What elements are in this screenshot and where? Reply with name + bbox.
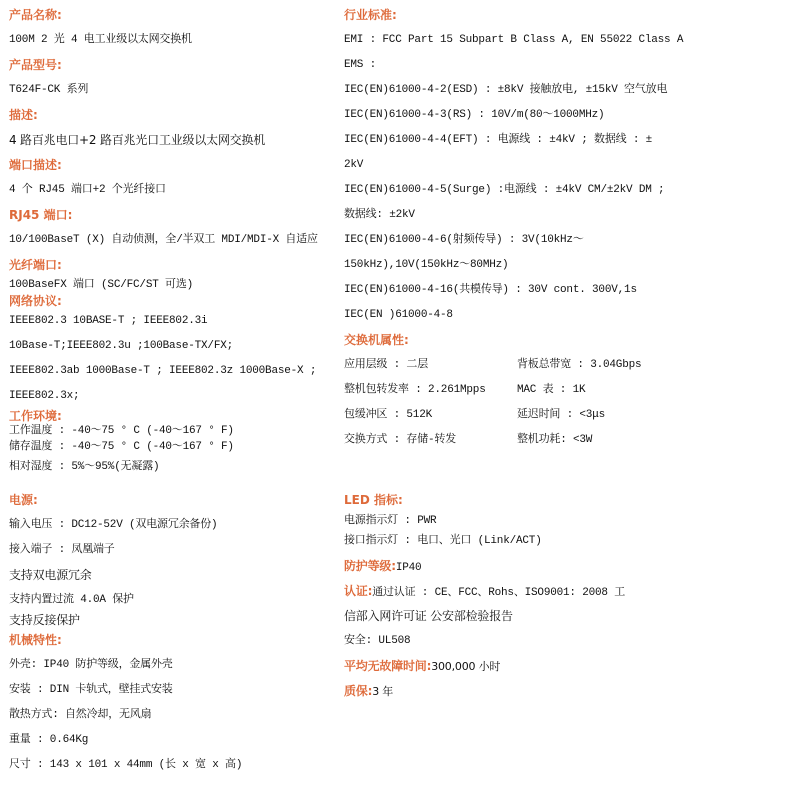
power-line: 支持反接保护 — [9, 613, 80, 627]
protection-heading: 防护等级: — [344, 559, 396, 573]
standard-line: 2kV — [344, 158, 363, 172]
standard-line: EMS : — [344, 58, 376, 72]
product-name-heading: 产品名称: — [9, 8, 62, 22]
standard-line: EMI : FCC Part 15 Subpart B Class A, EN … — [344, 33, 683, 47]
protocol-line: 10Base-T;IEEE802.3u ;100Base-TX/FX; — [9, 339, 233, 353]
switch-property-row: 包缓冲区 : 512K 延迟时间 : <3μs — [344, 408, 684, 422]
certification-row: 认证:通过认证 : CE、FCC、Rohs、ISO9001: 2008 工 — [344, 584, 625, 600]
led-line: 接口指示灯 : 电口、光口 (Link/ACT) — [344, 534, 542, 548]
mtbf-heading: 平均无故障时间: — [344, 659, 431, 673]
led-line: 电源指示灯 : PWR — [344, 514, 436, 528]
fiber-port-heading: 光纤端口: — [9, 258, 62, 272]
product-name-value: 100M 2 光 4 电工业级以太网交换机 — [9, 33, 192, 47]
network-protocol-heading: 网络协议: — [9, 294, 62, 308]
protocol-line: IEEE802.3 10BASE-T ; IEEE802.3i — [9, 314, 207, 328]
environment-line: 储存温度 : -40～75 ° C (-40～167 ° F) — [9, 440, 234, 454]
warranty-row: 质保:3 年 — [344, 684, 393, 700]
warranty-value: 3 年 — [372, 685, 393, 698]
power-heading: 电源: — [9, 493, 38, 507]
mechanical-line: 散热方式: 自然冷却，无风扇 — [9, 708, 151, 722]
warranty-heading: 质保: — [344, 684, 372, 698]
description-heading: 描述: — [9, 108, 38, 122]
power-line: 接入端子 : 凤凰端子 — [9, 543, 115, 557]
certification-continuation: 信部入网许可证 公安部检验报告 — [344, 609, 513, 623]
standard-line: IEC(EN)61000-4-6(射频传导) : 3V(10kHz～ — [344, 233, 584, 247]
mechanical-line: 重量 : 0.64Kg — [9, 733, 88, 747]
port-description-value: 4 个 RJ45 端口+2 个光纤接口 — [9, 183, 166, 197]
switch-property: 延迟时间 : <3μs — [517, 408, 605, 422]
power-line: 支持双电源冗余 — [9, 568, 92, 582]
standard-line: 150kHz),10V(150kHz～80MHz) — [344, 258, 508, 272]
standard-line: IEC(EN)61000-4-16(共模传导) : 30V cont. 300V… — [344, 283, 637, 297]
environment-heading: 工作环境: — [9, 409, 62, 423]
protocol-line: IEEE802.3ab 1000Base-T ; IEEE802.3z 1000… — [9, 364, 316, 378]
led-heading: LED 指标: — [344, 493, 403, 507]
switch-property: 包缓冲区 : 512K — [344, 409, 432, 421]
port-description-heading: 端口描述: — [9, 158, 62, 172]
fiber-port-value: 100BaseFX 端口 (SC/FC/ST 可选) — [9, 278, 193, 292]
power-line: 输入电压 : DC12-52V (双电源冗余备份) — [9, 518, 217, 532]
product-model-heading: 产品型号: — [9, 58, 62, 72]
protection-value: IP40 — [396, 562, 422, 574]
certification-heading: 认证: — [344, 584, 372, 598]
switch-property: 整机包转发率 : 2.261Mpps — [344, 384, 486, 396]
switch-property: MAC 表 : 1K — [517, 383, 585, 397]
switch-property: 交换方式 : 存储-转发 — [344, 434, 456, 446]
standard-line: IEC(EN)61000-4-3(RS) : 10V/m(80～1000MHz) — [344, 108, 604, 122]
mechanical-line: 外壳: IP40 防护等级，金属外壳 — [9, 658, 173, 672]
mechanical-heading: 机械特性: — [9, 633, 62, 647]
mechanical-line: 尺寸 : 143 x 101 x 44mm (长 x 宽 x 高) — [9, 758, 242, 772]
protection-row: 防护等级:IP40 — [344, 559, 421, 575]
standard-line: IEC(EN )61000-4-8 — [344, 308, 453, 322]
switch-property: 整机功耗: <3W — [517, 433, 592, 447]
switch-property-row: 交换方式 : 存储-转发 整机功耗: <3W — [344, 433, 684, 447]
standard-line: IEC(EN)61000-4-5(Surge) :电源线 : ±4kV CM/±… — [344, 183, 664, 197]
switch-property-row: 应用层级 : 二层 背板总带宽 : 3.04Gbps — [344, 358, 684, 372]
product-model-value: T624F-CK 系列 — [9, 83, 88, 97]
environment-line: 工作温度 : -40～75 ° C (-40～167 ° F) — [9, 424, 234, 438]
mechanical-line: 安装 : DIN 卡轨式，壁挂式安装 — [9, 683, 173, 697]
description-value: 4 路百兆电口+2 路百兆光口工业级以太网交换机 — [9, 133, 265, 147]
switch-property: 背板总带宽 : 3.04Gbps — [517, 358, 641, 372]
certification-value: 通过认证 : CE、FCC、Rohs、ISO9001: 2008 工 — [372, 587, 625, 599]
switch-property-row: 整机包转发率 : 2.261Mpps MAC 表 : 1K — [344, 383, 684, 397]
safety-line: 安全: UL508 — [344, 634, 410, 648]
switch-property: 应用层级 : 二层 — [344, 359, 428, 371]
protocol-line: IEEE802.3x; — [9, 389, 79, 403]
standard-line: IEC(EN)61000-4-2(ESD) : ±8kV 接触放电, ±15kV… — [344, 83, 667, 97]
power-line: 支持内置过流 4.0A 保护 — [9, 593, 134, 607]
standard-line: 数据线: ±2kV — [344, 208, 415, 222]
mtbf-value: 300,000 小时 — [431, 660, 500, 673]
environment-line: 相对湿度 : 5%～95%(无凝露) — [9, 460, 159, 474]
standard-line: IEC(EN)61000-4-4(EFT) : 电源线 : ±4kV ; 数据线… — [344, 133, 652, 147]
rj45-port-heading: RJ45 端口: — [9, 208, 72, 222]
mtbf-row: 平均无故障时间:300,000 小时 — [344, 659, 500, 675]
rj45-port-value: 10/100BaseT (X) 自动侦测，全/半双工 MDI/MDI-X 自适应 — [9, 233, 318, 247]
switch-properties-heading: 交换机属性: — [344, 333, 409, 347]
industry-standard-heading: 行业标准: — [344, 8, 397, 22]
